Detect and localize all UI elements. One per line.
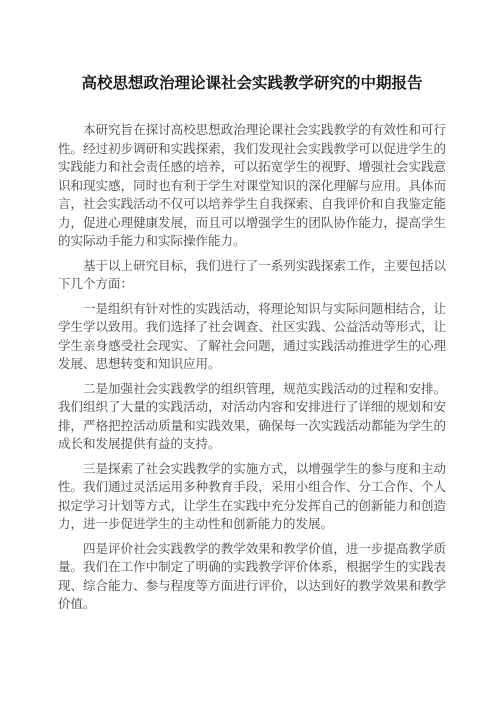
body-paragraph-point-1: 一是组织有针对性的实践活动，将理论知识与实际问题相结合，让学生学以致用。我们选择… (58, 300, 446, 374)
body-paragraph-goals: 基于以上研究目标，我们进行了一系列实践探索工作，主要包括以下几个方面： (58, 257, 446, 294)
document-title: 高校思想政治理论课社会实践教学研究的中期报告 (58, 73, 446, 95)
body-paragraph-point-3: 三是探索了社会实践教学的实施方式，以增强学生的参与度和主动性。我们通过灵活运用多… (58, 460, 446, 534)
body-paragraph-intro: 本研究旨在探讨高校思想政治理论课社会实践教学的有效性和可行性。经过初步调研和实践… (58, 121, 446, 251)
body-paragraph-point-4: 四是评价社会实践教学的教学效果和教学价值，进一步提高教学质量。我们在工作中制定了… (58, 540, 446, 614)
document-page: 高校思想政治理论课社会实践教学研究的中期报告 本研究旨在探讨高校思想政治理论课社… (0, 0, 500, 707)
body-paragraph-point-2: 二是加强社会实践教学的组织管理，规范实践活动的过程和安排。我们组织了大量的实践活… (58, 380, 446, 454)
